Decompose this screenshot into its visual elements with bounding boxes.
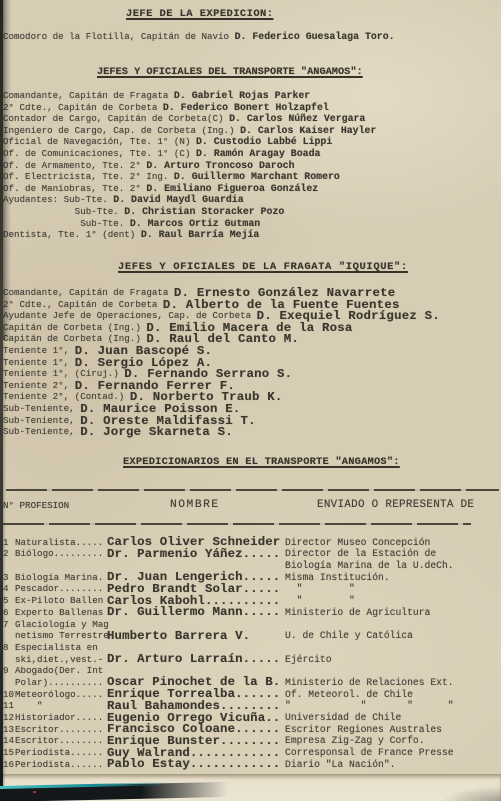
paper-speck [33,791,36,793]
table-top-rule [6,489,499,491]
sent-by-cell: " " " " [285,700,454,711]
profession-cell: Biólogo......... [15,548,103,559]
officer-rank-text: Of. Electricista, Tte. 2° Ing. [3,171,174,182]
officer-rank-text: Of. de Comunicaciones, Tte. 1° (C) [3,148,196,159]
officer-line: Ingeniero de Cargo, Cap. de Corbeta (Ing… [3,125,376,137]
officer-rank-text: Sub-Teniente, [3,415,80,426]
heading-expedicionarios: EXPEDICIONARIOS EN EL TRANSPORTE "ANGAMO… [123,456,400,468]
officer-line: Sub-Teniente, D. Jorge Skarneta S. [3,426,440,438]
sent-by-cell: Ejército [285,654,332,665]
sent-by-cell: " " [285,595,355,606]
officer-rank-text: Oficial de Navegación, Tte. 1° (N) [3,136,196,147]
officer-rank-text: Sub-Teniente, [3,426,80,437]
officer-name-text: D. Carlos Kaiser Hayler [240,125,376,136]
officer-rank-text: Dentista, Tte. 1° (dent) [3,229,141,240]
sent-by-cell: Diario "La Nación". [285,759,395,770]
officer-rank-text: Comandante, Capitán de Fragata [3,90,174,101]
officer-rank-text: Sub-Tte. [3,218,130,229]
expedition-chief-line: Comodoro de la Flotilla, Capitán de Naví… [3,31,395,43]
officer-line: Capitán de Corbeta (Ing.) D. Raul del Ca… [3,333,440,345]
name-cell: Pablo Estay............ [107,757,280,771]
profession-cell: Especialista en [15,642,98,653]
sent-by-cell: Ministerio de Agricultura [285,607,430,618]
sent-by-cell: Biología Marina de la U.deCh. [285,560,454,571]
officer-rank-text: Of. de Maniobras, Tte. 2° [3,183,146,194]
officer-name-text: D. Arturo Troncoso Daroch [146,160,294,171]
sent-by-cell: Misma Institución. [285,572,390,583]
scan-corner-shadow [441,786,501,801]
scanned-document-page: JEFE DE LA EXPEDICION: Comodoro de la Fl… [0,0,501,801]
chief-name-text: D. Federico Guesalaga Toro. [235,31,395,42]
table-header-rule [3,523,471,525]
sent-by-cell: Of. Meteorol. de Chile [285,689,413,700]
column-header-nombre: NOMBRE [170,499,220,511]
table-row: 16Periodista......Pablo Estay...........… [3,758,499,770]
officer-line: Contador de Cargo, Capitán de Corbeta(C)… [3,113,376,125]
officer-rank-text: 2° Cdte., Capitán de Corbeta [3,299,163,310]
sent-by-cell: Ministerio de Relaciones Ext. [285,677,454,688]
officer-line: Sub-Tte. D. Marcos Ortiz Gutman [3,218,376,230]
profession-cell: ski,diet.,vest.- [15,654,103,665]
profession-cell: Naturalista..... [15,537,103,548]
officer-rank-text: Ayudante Jefe de Operaciones, Cap. de Co… [3,310,257,321]
profession-cell: netismo Terrestre [15,630,109,641]
column-header-enviado: ENVIADO O REPRESENTA DE [317,499,474,511]
officer-line: Teniente 1°, D. Juan Bascopé S. [3,345,440,357]
officer-rank-text: Capitán de Corbeta (Ing.) [3,322,146,333]
profession-cell: " [15,700,43,711]
officer-rank-text: Of. de Armamento, Tte. 2° [3,160,146,171]
officer-rank-text: Contador de Cargo, Capitán de Corbeta(C) [3,113,229,124]
table-header-row: N° PROFESION NOMBRE ENVIADO O REPRESENTA… [3,497,498,511]
officer-line: Dentista, Tte. 1° (dent) D. Raul Barría … [3,229,376,241]
officer-name-text: D. Custodio Labbé Lippi [196,136,332,147]
officer-rank-text: Sub-Teniente, [3,403,80,414]
officer-rank-text: Ingeniero de Cargo, Cap. de Corbeta (Ing… [3,125,240,136]
officer-name-text: D. Federico Bonert Holzapfel [163,102,329,113]
heading-iquique-officers: JEFES Y OFICIALES DE LA FRAGATA "IQUIQUE… [118,261,408,273]
profession-cell: Abogado(Der. Int [15,665,103,676]
section-iquique-officers: Comandante, Capitán de Fragata D. Ernest… [3,287,440,438]
sent-by-cell: " " [285,583,355,594]
officer-line: Oficial de Navegación, Tte. 1° (N) D. Cu… [3,136,376,148]
officer-name-text: D. David Maydl Guardia [113,194,243,205]
sent-by-cell: U. de Chile y Católica [285,630,413,641]
profession-cell: Escritor........ [15,724,103,735]
officer-line: Of. Electricista, Tte. 2° Ing. D. Guille… [3,171,376,183]
officer-rank-text: Capitán de Corbeta (Ing.) [3,333,146,344]
heading-jefe-expedicion: JEFE DE LA EXPEDICION: [126,8,273,20]
profession-cell: Historiador..... [15,712,103,723]
officer-name-text: D. Marcos Ortiz Gutman [130,218,260,229]
officer-rank-text: Ayudantes: Sub-Tte. [3,194,113,205]
officer-line: Of. de Armamento, Tte. 2° D. Arturo Tron… [3,160,376,172]
officer-line: Comandante, Capitán de Fragata D. Gabrie… [3,90,376,102]
officer-name-text: D. Ramón Aragay Boada [196,148,320,159]
profession-cell: Periodista...... [15,747,103,758]
officer-name-text: D. Raul Barría Mejía [141,229,260,240]
officer-line: Sub-Tte. D. Christian Storacker Pozo [3,206,376,218]
profession-cell: Biología Marina. [15,572,103,583]
sent-by-cell: Empresa Zig-Zag y Corfo. [285,735,425,746]
profession-cell: Glaciología y Mag [15,619,109,630]
profession-cell: Periodista...... [15,759,103,770]
profession-cell: Meteorólogo..... [15,689,103,700]
table-row: 7Glaciología y Mag [3,618,499,630]
officer-line: Ayudantes: Sub-Tte. D. David Maydl Guard… [3,194,376,206]
officer-name-text: D. Carlos Núñez Vergara [229,113,365,124]
heading-angamos-officers: JEFES Y OFICIALES DEL TRANSPORTE "ANGAMO… [97,66,363,78]
officer-rank-text: Teniente 2°, [3,380,75,391]
officer-line: 2° Cdte., Capitán de Corbeta D. Federico… [3,102,376,114]
section-angamos-officers: Comandante, Capitán de Fragata D. Gabrie… [3,90,376,241]
officer-line: Of. de Maniobras, Tte. 2° D. Emiliano Fi… [3,183,376,195]
table-row: 2Biólogo.........Dr. Parmenio Yáñez.....… [3,548,499,560]
officer-rank-text: Teniente 1°, [3,345,75,356]
sent-by-cell: Universidad de Chile [285,712,401,723]
officer-name-text: D. Christian Storacker Pozo [124,206,284,217]
profession-cell: Ex-Piloto Ballen [15,595,103,606]
officer-name-text: D. Gabriel Rojas Parker [174,90,310,101]
expeditionaries-table: 1Naturalista.....Carlos Oliver Schneider… [3,536,499,770]
officer-rank-text: Teniente 1°, [3,357,75,368]
sent-by-cell: Corresponsal de France Presse [285,747,454,758]
officer-line: Of. de Comunicaciones, Tte. 1° (C) D. Ra… [3,148,376,160]
column-header-num-profesion: N° PROFESION [3,500,69,511]
officer-rank-text: Sub-Tte. [3,206,124,217]
officer-name-text: D. Jorge Skarneta S. [80,425,233,439]
officer-name-text: D. Emiliano Figueroa González [146,183,318,194]
officer-rank-text: Teniente 2°, (Contad.) [3,391,130,402]
profession-cell: Escritor........ [15,735,103,746]
sent-by-cell: Director Museo Concepción [285,537,430,548]
chief-role-text: Comodoro de la Flotilla, Capitán de Naví… [3,31,235,42]
officer-rank-text: 2° Cdte., Capitán de Corbeta [3,102,163,113]
scan-left-edge [0,0,3,801]
sent-by-cell: Escritor Regiones Australes [285,724,442,735]
table-row: netismo TerrestreHumberto Barrera V.U. d… [3,630,499,642]
profession-cell: Pescador........ [15,583,103,594]
profession-cell: Experto Ballenas [15,607,103,618]
officer-rank-text: Teniente 1°, (Ciruj.) [3,368,124,379]
table-row: ski,diet.,vest.-Dr. Arturo Larraín.....E… [3,653,499,665]
profession-cell: Polar).......... [15,677,103,688]
table-row: 6Experto BallenasDr. Guillermo Mann.....… [3,606,499,618]
officer-name-text: D. Guillermo Marchant Romero [174,171,340,182]
sent-by-cell: Director de la Estación de [285,548,436,559]
officer-rank-text: Comandante, Capitán de Fragata [3,287,174,298]
